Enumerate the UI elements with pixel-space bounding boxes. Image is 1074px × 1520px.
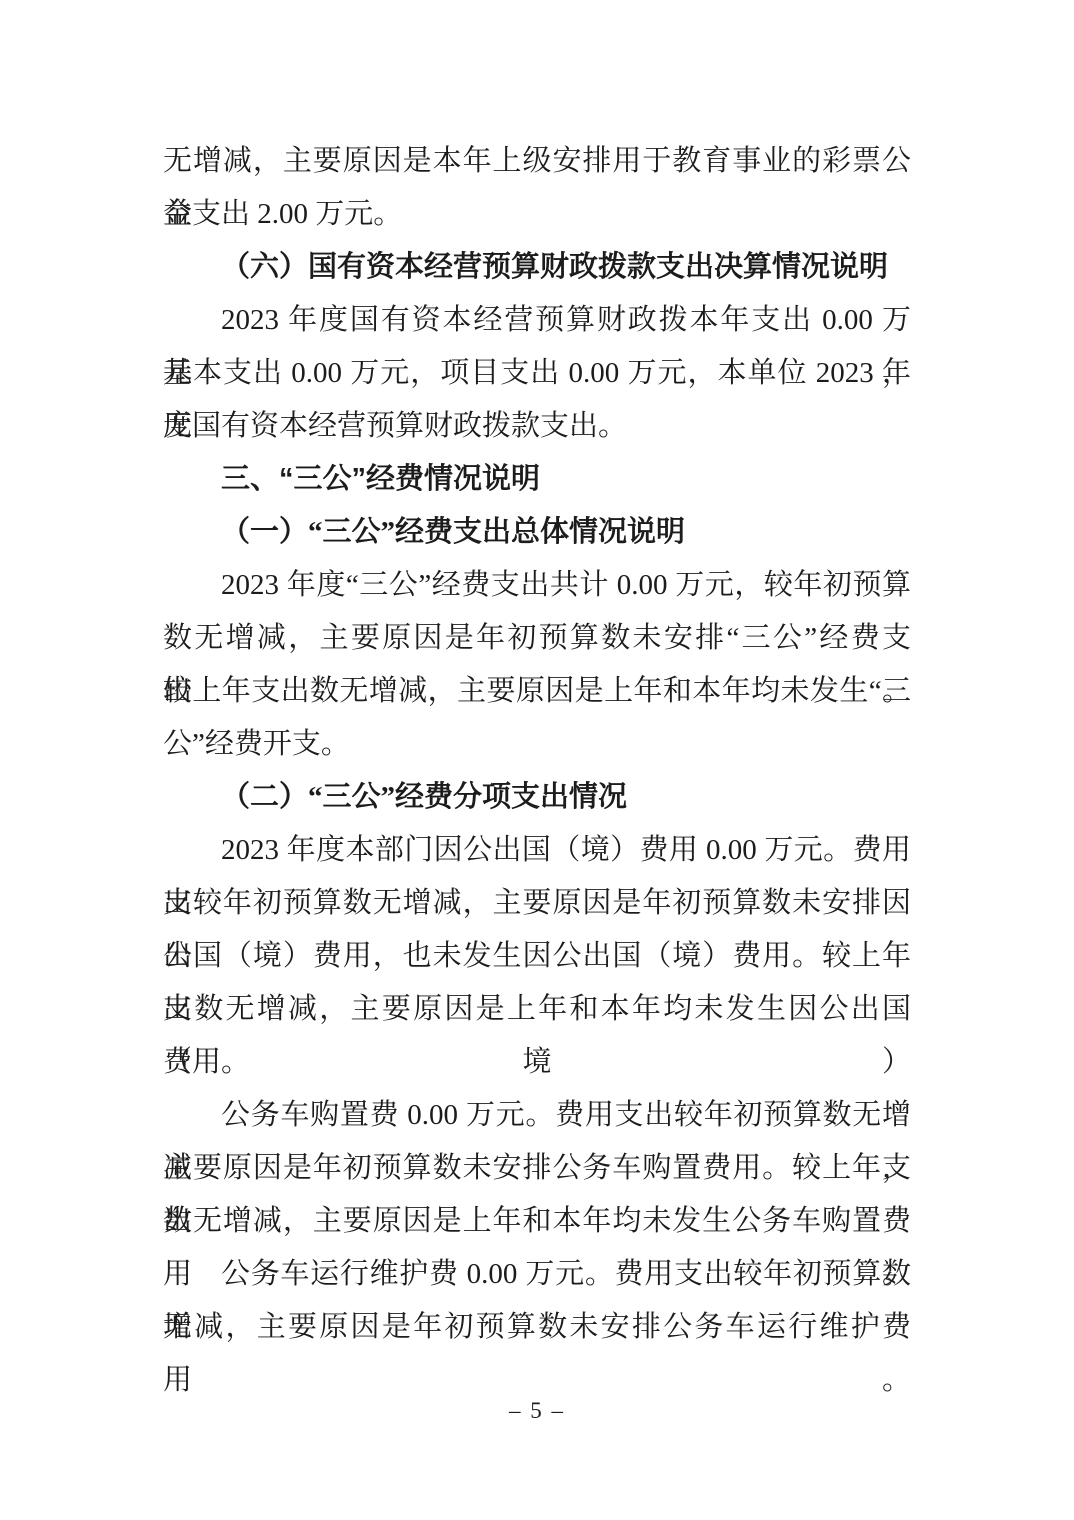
document-page: 无增减，主要原因是本年上级安排用于教育事业的彩票公益 金支出 2.00 万元。 … — [0, 0, 1074, 1520]
text-line: 主要原因是年初预算数未安排公务车购置费用。较上年支出 — [163, 1142, 911, 1195]
text-line: 2023 年度本部门因公出国（境）费用 0.00 万元。费用支 — [163, 824, 911, 877]
text-line: 出国（境）费用，也未发生因公出国（境）费用。较上年支 — [163, 930, 911, 983]
text-line: 公务车购置费 0.00 万元。费用支出较年初预算数无增减， — [163, 1089, 911, 1142]
text-line: 基本支出 0.00 万元，项目支出 0.00 万元，本单位 2023 年度 — [163, 347, 911, 400]
text-line: 无增减，主要原因是本年上级安排用于教育事业的彩票公益 — [163, 135, 911, 188]
text-line: 数无增减，主要原因是年初预算数未安排“三公”经费支出。 — [163, 612, 911, 665]
text-line: 2023 年度“三公”经费支出共计 0.00 万元，较年初预算 — [163, 559, 911, 612]
text-line: 较上年支出数无增减，主要原因是上年和本年均未发生“三 — [163, 665, 911, 718]
page-footer: – 5 – — [0, 1398, 1074, 1424]
text-line: 出数无增减，主要原因是上年和本年均未发生因公出国（境） — [163, 983, 911, 1036]
text-line: 增减，主要原因是年初预算数未安排公务车运行维护费用。 — [163, 1301, 911, 1354]
text-line: 数无增减，主要原因是上年和本年均未发生公务车购置费用。 — [163, 1195, 911, 1248]
heading-subsection-1: （一）“三公”经费支出总体情况说明 — [163, 506, 911, 559]
text-line: 公务车运行维护费 0.00 万元。费用支出较年初预算数无 — [163, 1248, 911, 1301]
document-body: 无增减，主要原因是本年上级安排用于教育事业的彩票公益 金支出 2.00 万元。 … — [163, 135, 911, 1354]
text-line: 公”经费开支。 — [163, 718, 911, 771]
text-line: 无国有资本经营预算财政拨款支出。 — [163, 400, 911, 453]
page-number-label: – 5 – — [509, 1398, 565, 1423]
heading-subsection-2: （二）“三公”经费分项支出情况 — [163, 771, 911, 824]
text-line: 出较年初预算数无增减，主要原因是年初预算数未安排因公 — [163, 877, 911, 930]
text-line: 2023 年度国有资本经营预算财政拨本年支出 0.00 万元， — [163, 294, 911, 347]
heading-section-6: （六）国有资本经营预算财政拨款支出决算情况说明 — [163, 241, 911, 294]
heading-chapter-3: 三、“三公”经费情况说明 — [163, 453, 911, 506]
text-line: 金支出 2.00 万元。 — [163, 188, 911, 241]
